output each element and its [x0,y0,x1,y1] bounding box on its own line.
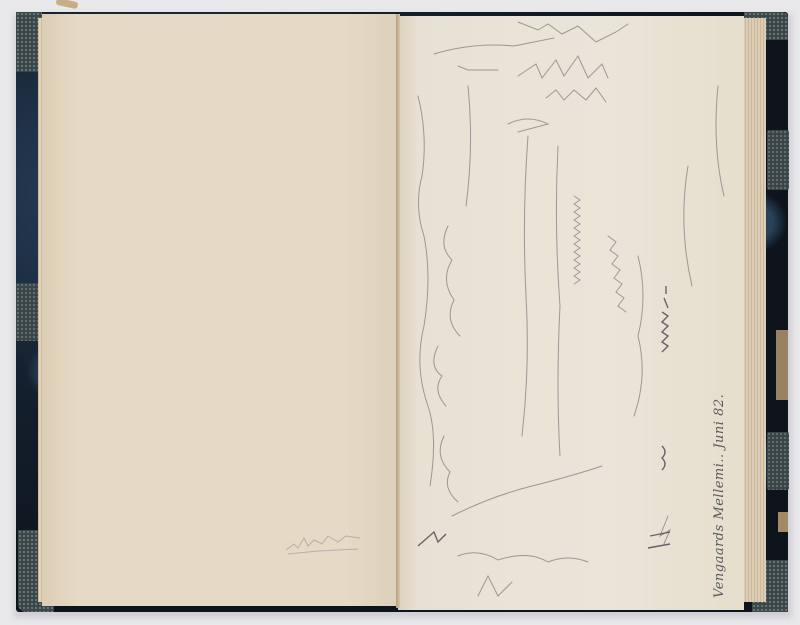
paper-scrap [56,0,79,9]
handwritten-inscription: Vengaards Mellemi.. Juni 82. [712,394,727,598]
clasp-tab-right-bottom [767,432,789,490]
left-page-pencil-marks [42,14,398,606]
landscape-pencil-sketch [398,16,744,610]
right-page-stack [742,18,766,602]
clasp-tab-right-top [767,130,789,190]
torn-cover-edge [776,330,788,400]
torn-cover-edge-lower [778,512,788,532]
photo-scene: Vengaards Mellemi.. Juni 82. [0,0,800,625]
